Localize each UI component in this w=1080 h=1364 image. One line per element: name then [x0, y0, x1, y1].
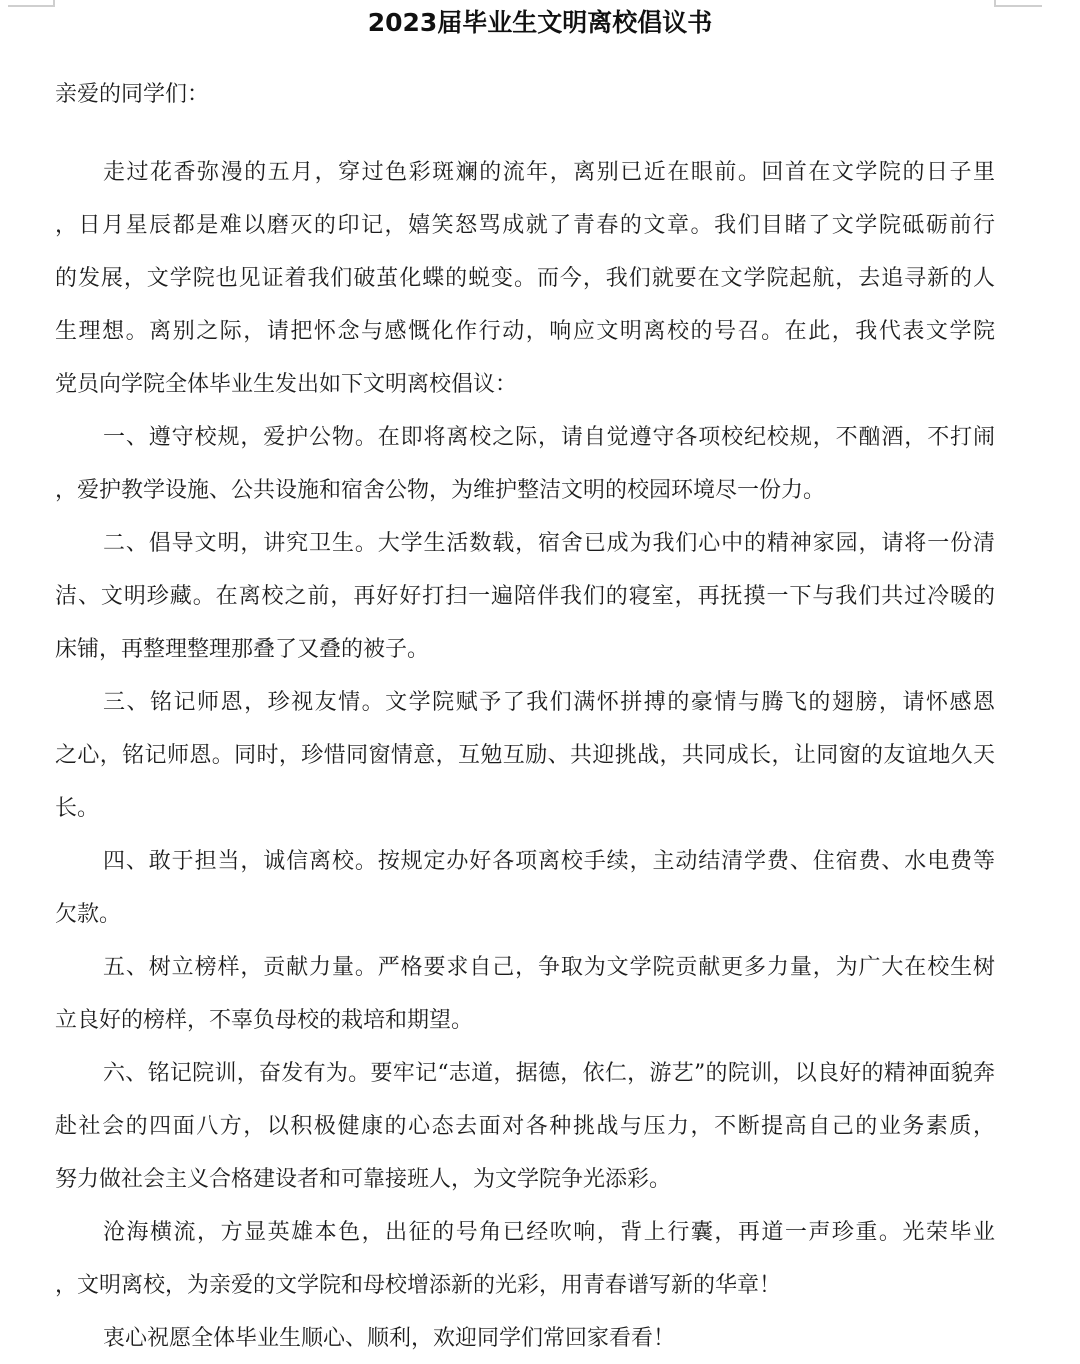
text-line: 二、倡导文明，讲究卫生。大学生活数载，宿舍已成为我们心中的精神家园，请将一份清 [103, 529, 995, 559]
text-line: 党员向学院全体毕业生发出如下文明离校倡议： [55, 370, 517, 400]
text-line: 长。 [55, 794, 99, 824]
text-line: 立良好的榜样，不辜负母校的栽培和期望。 [55, 1006, 473, 1036]
text-line: 走过花香弥漫的五月，穿过色彩斑斓的流年，离别已近在眼前。回首在文学院的日子里 [103, 158, 995, 188]
text-line: 衷心祝愿全体毕业生顺心、顺利，欢迎同学们常回家看看！ [103, 1324, 675, 1354]
text-line: 欠款。 [55, 900, 121, 930]
text-line: 的发展，文学院也见证着我们破茧化蝶的蜕变。而今，我们就要在文学院起航，去追寻新的… [55, 264, 995, 294]
text-line: 一、遵守校规，爱护公物。在即将离校之际，请自觉遵守各项校纪校规，不酗酒，不打闹 [103, 423, 995, 453]
document-title: 2023届毕业生文明离校倡议书 [0, 3, 1080, 43]
text-line: 洁、文明珍藏。在离校之前，再好好打扫一遍陪伴我们的寝室，再抚摸一下与我们共过冷暖… [55, 582, 995, 612]
text-line: 努力做社会主义合格建设者和可靠接班人，为文学院争光添彩。 [55, 1165, 671, 1195]
text-line: 赴社会的四面八方，以积极健康的心态去面对各种挑战与压力，不断提高自己的业务素质， [55, 1112, 995, 1142]
text-line: 沧海横流，方显英雄本色，出征的号角已经吹响，背上行囊，再道一声珍重。光荣毕业 [103, 1218, 995, 1248]
text-line: ，爱护教学设施、公共设施和宿舍公物，为维护整洁文明的校园环境尽一份力。 [55, 476, 825, 506]
text-line: 六、铭记院训，奋发有为。要牢记“志道，据德，依仁，游艺”的院训，以良好的精神面貌… [103, 1059, 995, 1089]
text-line: 四、敢于担当，诚信离校。按规定办好各项离校手续，主动结清学费、住宿费、水电费等 [103, 847, 995, 877]
text-line: 生理想。离别之际，请把怀念与感慨化作行动，响应文明离校的号召。在此，我代表文学院 [55, 317, 995, 347]
text-line: 五、树立榜样，贡献力量。严格要求自己，争取为文学院贡献更多力量，为广大在校生树 [103, 953, 995, 983]
text-line: ，日月星辰都是难以磨灭的印记，嬉笑怒骂成就了青春的文章。我们目睹了文学院砥砺前行 [55, 211, 995, 241]
text-line: 三、铭记师恩，珍视友情。文学院赋予了我们满怀拼搏的豪情与腾飞的翅膀，请怀感恩 [103, 688, 995, 718]
text-line: 之心，铭记师恩。同时，珍惜同窗情意，互勉互励、共迎挑战，共同成长，让同窗的友谊地… [55, 741, 995, 771]
salutation: 亲爱的同学们： [55, 80, 209, 110]
text-line: ，文明离校，为亲爱的文学院和母校增添新的光彩，用青春谱写新的华章！ [55, 1271, 781, 1301]
text-line: 床铺，再整理整理那叠了又叠的被子。 [55, 635, 429, 665]
